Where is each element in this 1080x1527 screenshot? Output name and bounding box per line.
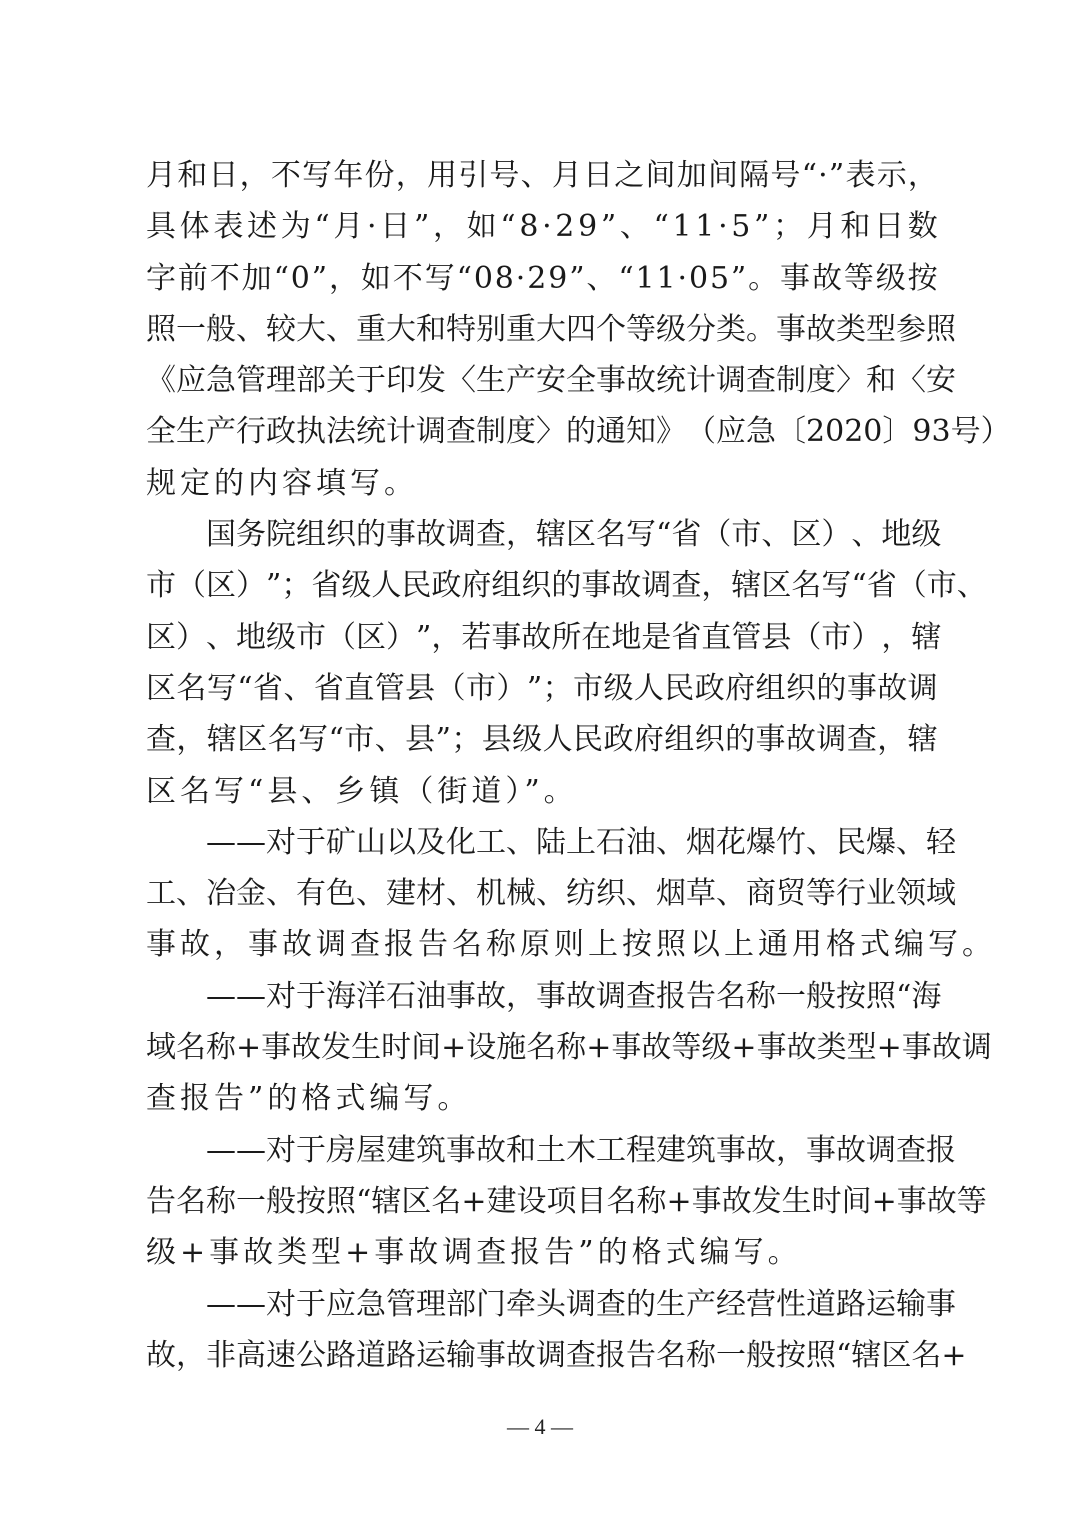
text-line: ——对于矿山以及化工、陆上石油、烟花爆竹、民爆、轻 (146, 817, 938, 868)
text-line: 级+事故类型+事故调查报告”的格式编写。 (146, 1227, 938, 1278)
text-line: 区名写“省、省直管县（市）”；市级人民政府组织的事故调 (146, 663, 938, 714)
text-line: 字前不加“0”，如不写“08·29”、“11·05”。事故等级按 (146, 253, 938, 304)
text-line: 国务院组织的事故调查，辖区名写“省（市、区）、地级 (146, 509, 938, 560)
paragraph-date-format: 月和日，不写年份，用引号、月日之间加间隔号“·”表示， 具体表述为“月·日”，如… (146, 150, 938, 509)
text-line: 市（区）”；省级人民政府组织的事故调查，辖区名写“省（市、 (146, 560, 938, 611)
paragraph-jurisdiction-name: 国务院组织的事故调查，辖区名写“省（市、区）、地级 市（区）”；省级人民政府组织… (146, 509, 938, 817)
text-line: 事故，事故调查报告名称原则上按照以上通用格式编写。 (146, 919, 938, 970)
text-line: 月和日，不写年份，用引号、月日之间加间隔号“·”表示， (146, 150, 938, 201)
text-line: 告名称一般按照“辖区名+建设项目名称+事故发生时间+事故等 (146, 1176, 938, 1227)
page-number: — 4 — (0, 1414, 1080, 1440)
text-line: 查报告”的格式编写。 (146, 1073, 938, 1124)
paragraph-offshore-oil: ——对于海洋石油事故，事故调查报告名称一般按照“海 域名称+事故发生时间+设施名… (146, 971, 938, 1125)
paragraph-road-transport: ——对于应急管理部门牵头调查的生产经营性道路运输事 故，非高速公路道路运输事故调… (146, 1279, 938, 1382)
text-line: 《应急管理部关于印发〈生产安全事故统计调查制度〉和〈安 (146, 355, 938, 406)
text-line: 规定的内容填写。 (146, 458, 938, 509)
text-line: 查，辖区名写“市、县”；县级人民政府组织的事故调查，辖 (146, 714, 938, 765)
text-line: ——对于海洋石油事故，事故调查报告名称一般按照“海 (146, 971, 938, 1022)
text-line: 工、冶金、有色、建材、机械、纺织、烟草、商贸等行业领域 (146, 868, 938, 919)
text-line: 照一般、较大、重大和特别重大四个等级分类。事故类型参照 (146, 304, 938, 355)
text-line: ——对于房屋建筑事故和土木工程建筑事故，事故调查报 (146, 1125, 938, 1176)
paragraph-mining-industry: ——对于矿山以及化工、陆上石油、烟花爆竹、民爆、轻 工、冶金、有色、建材、机械、… (146, 817, 938, 971)
text-line: 域名称+事故发生时间+设施名称+事故等级+事故类型+事故调 (146, 1022, 938, 1073)
text-line: 故，非高速公路道路运输事故调查报告名称一般按照“辖区名+ (146, 1330, 938, 1381)
paragraph-construction: ——对于房屋建筑事故和土木工程建筑事故，事故调查报 告名称一般按照“辖区名+建设… (146, 1125, 938, 1279)
text-line: 区）、地级市（区）”，若事故所在地是省直管县（市），辖 (146, 612, 938, 663)
document-body: 月和日，不写年份，用引号、月日之间加间隔号“·”表示， 具体表述为“月·日”，如… (146, 150, 938, 1381)
text-line: 全生产行政执法统计调查制度〉的通知》（应急〔2020〕93号） (146, 406, 938, 457)
text-line: 区名写“县、乡镇（街道）”。 (146, 766, 938, 817)
text-line: 具体表述为“月·日”，如“8·29”、“11·5”；月和日数 (146, 201, 938, 252)
text-line: ——对于应急管理部门牵头调查的生产经营性道路运输事 (146, 1279, 938, 1330)
